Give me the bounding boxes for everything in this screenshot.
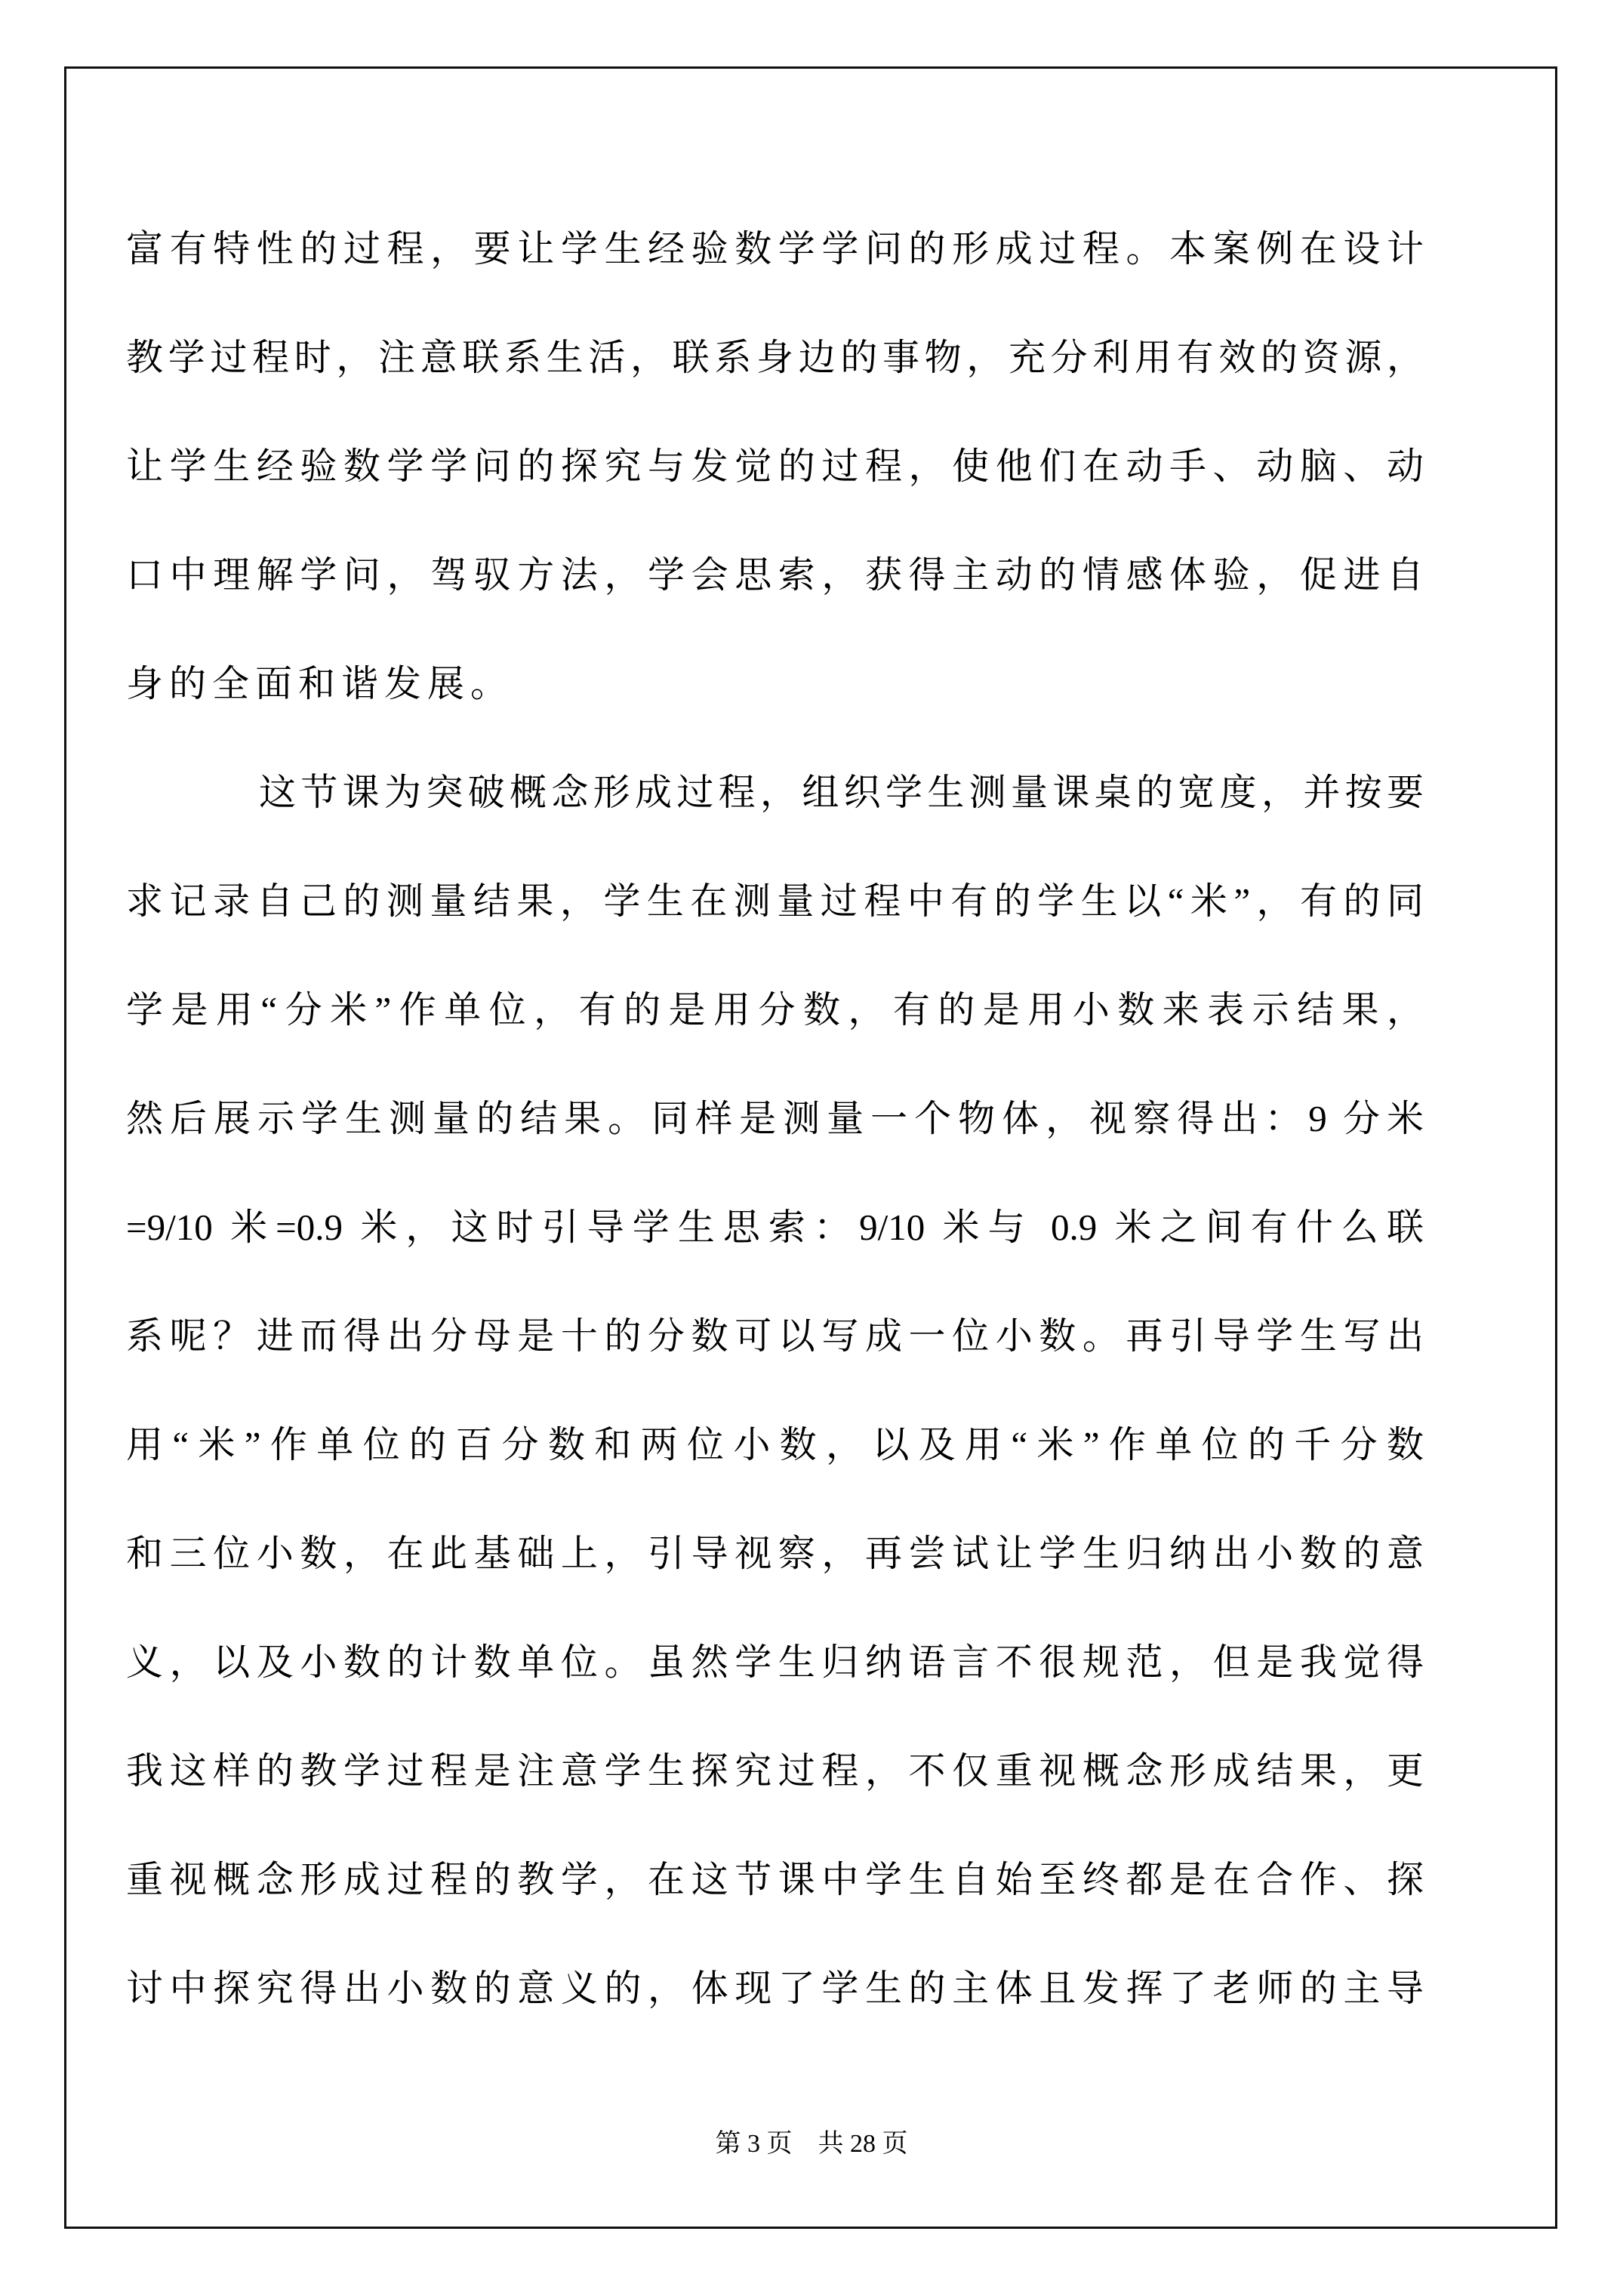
text-line: 富有特性的过程，要让学生经验数学学问的形成过程。本案例在设计	[126, 195, 1424, 304]
text-line: 重视概念形成过程的教学，在这节课中学生自始至终都是在合作、探	[126, 1826, 1424, 1934]
text-line: 系呢？进而得出分母是十的分数可以写成一位小数。再引导学生写出	[126, 1282, 1424, 1391]
text-line: 讨中探究得出小数的意义的，体现了学生的主体且发挥了老师的主导	[126, 1934, 1424, 2043]
document-body: 富有特性的过程，要让学生经验数学学问的形成过程。本案例在设计教学过程时，注意联系…	[126, 195, 1424, 2043]
text-line: 口中理解学问，驾驭方法，学会思索，获得主动的情感体验，促进自	[126, 521, 1424, 630]
text-line: 用“米”作单位的百分数和两位小数，以及用“米”作单位的千分数	[126, 1391, 1424, 1499]
text-line: 义，以及小数的计数单位。虽然学生归纳语言不很规范，但是我觉得	[126, 1608, 1424, 1717]
text-line: 我这样的教学过程是注意学生探究过程，不仅重视概念形成结果，更	[126, 1717, 1424, 1826]
text-line: =9/10 米=0.9 米，这时引导学生思索：9/10 米与 0.9 米之间有什…	[126, 1173, 1424, 1282]
text-line: 让学生经验数学学问的探究与发觉的过程，使他们在动手、动脑、动	[126, 412, 1424, 521]
text-line: 教学过程时，注意联系生活，联系身边的事物，充分利用有效的资源，	[126, 304, 1424, 412]
text-line: 学是用“分米”作单位，有的是用分数，有的是用小数来表示结果，	[126, 956, 1424, 1065]
text-line: 和三位小数，在此基础上，引导视察，再尝试让学生归纳出小数的意	[126, 1499, 1424, 1608]
page-footer: 第 3 页 共 28 页	[0, 2128, 1623, 2161]
text-line: 然后展示学生测量的结果。同样是测量一个物体，视察得出：9 分米	[126, 1065, 1424, 1173]
page-number-text: 第 3 页 共 28 页	[716, 2130, 908, 2158]
text-line: 身的全面和谐发展。	[126, 630, 1424, 738]
document-page: 富有特性的过程，要让学生经验数学学问的形成过程。本案例在设计教学过程时，注意联系…	[0, 0, 1623, 2296]
text-line: 求记录自己的测量结果，学生在测量过程中有的学生以“米”，有的同	[126, 847, 1424, 956]
text-line: 这节课为突破概念形成过程，组织学生测量课桌的宽度，并按要	[126, 738, 1424, 847]
